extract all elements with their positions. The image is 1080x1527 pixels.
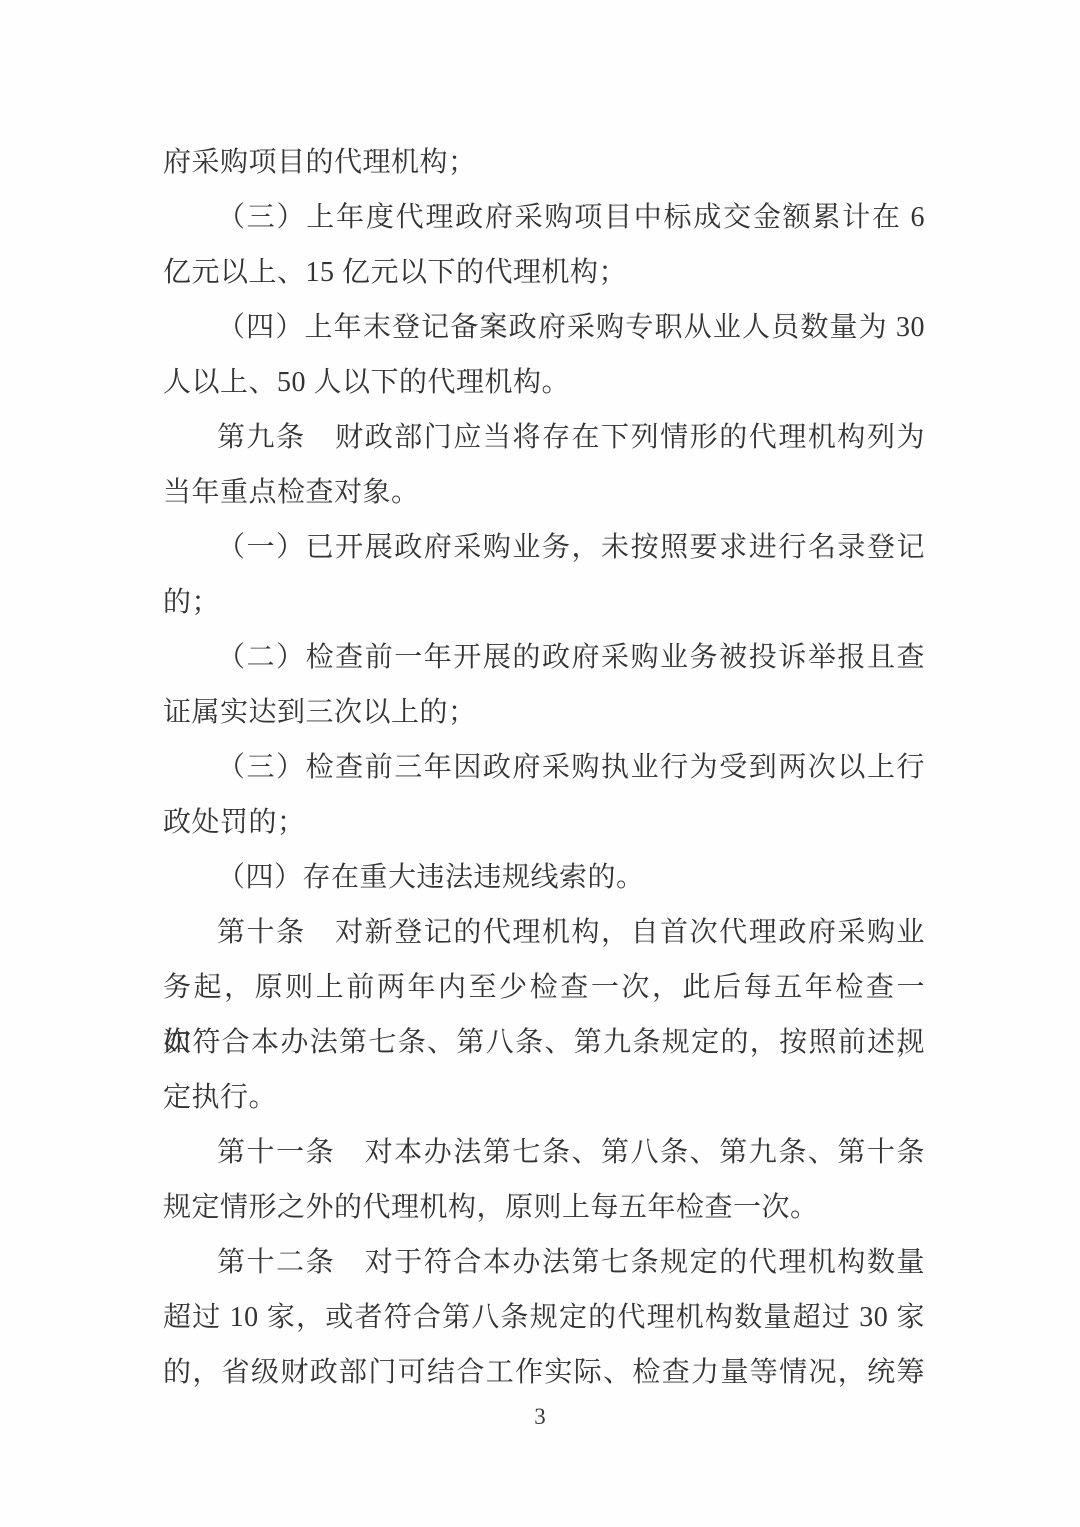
text-line: 亿元以上、15 亿元以下的代理机构；	[163, 245, 925, 300]
text-line: 的；	[163, 575, 925, 630]
text-line: 证属实达到三次以上的；	[163, 685, 925, 740]
text-line: 超过 10 家，或者符合第八条规定的代理机构数量超过 30 家	[163, 1290, 925, 1345]
document-body: 府采购项目的代理机构；（三）上年度代理政府采购项目中标成交金额累计在 6亿元以上…	[163, 135, 925, 1400]
text-line: （四）存在重大违法违规线索的。	[163, 850, 925, 905]
text-line: 第十一条 对本办法第七条、第八条、第九条、第十条	[163, 1125, 925, 1180]
document-page: 府采购项目的代理机构；（三）上年度代理政府采购项目中标成交金额累计在 6亿元以上…	[0, 0, 1080, 1527]
text-line: 如符合本办法第七条、第八条、第九条规定的，按照前述规	[163, 1015, 925, 1070]
text-line: （三）上年度代理政府采购项目中标成交金额累计在 6	[163, 190, 925, 245]
text-line: 第九条 财政部门应当将存在下列情形的代理机构列为	[163, 410, 925, 465]
text-line: （三）检查前三年因政府采购执业行为受到两次以上行	[163, 740, 925, 795]
text-line: 定执行。	[163, 1070, 925, 1125]
text-line: 政处罚的；	[163, 795, 925, 850]
text-line: 规定情形之外的代理机构，原则上每五年检查一次。	[163, 1180, 925, 1235]
text-line: 务起，原则上前两年内至少检查一次，此后每五年检查一次，	[163, 960, 925, 1015]
text-line: （一）已开展政府采购业务，未按照要求进行名录登记	[163, 520, 925, 575]
page-number: 3	[534, 1404, 546, 1429]
text-line: 人以上、50 人以下的代理机构。	[163, 355, 925, 410]
text-line: （四）上年末登记备案政府采购专职从业人员数量为 30	[163, 300, 925, 355]
text-line: 当年重点检查对象。	[163, 465, 925, 520]
text-line: 第十条 对新登记的代理机构，自首次代理政府采购业	[163, 905, 925, 960]
text-line: 的，省级财政部门可结合工作实际、检查力量等情况，统筹	[163, 1345, 925, 1400]
page-footer: 3	[0, 1404, 1080, 1430]
text-line: （二）检查前一年开展的政府采购业务被投诉举报且查	[163, 630, 925, 685]
text-line: 府采购项目的代理机构；	[163, 135, 925, 190]
text-line: 第十二条 对于符合本办法第七条规定的代理机构数量	[163, 1235, 925, 1290]
